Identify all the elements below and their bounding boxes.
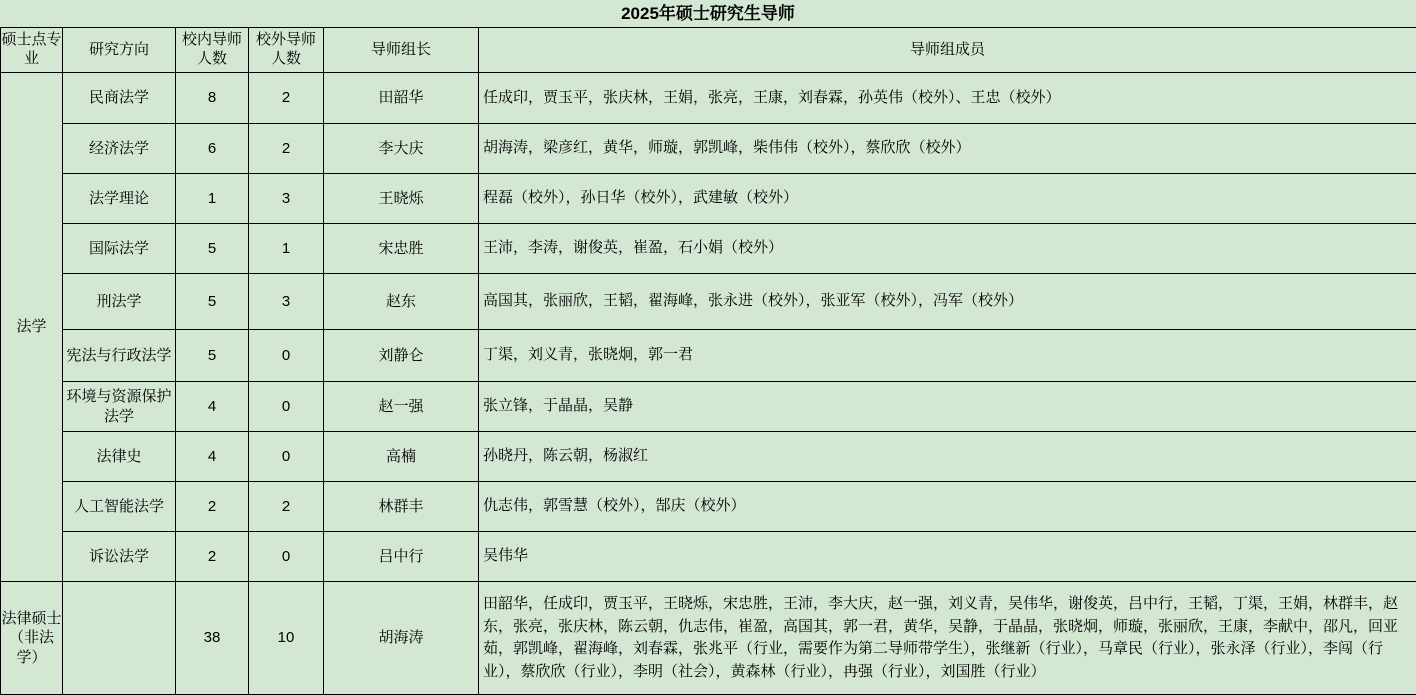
leader-cell: 赵东 bbox=[324, 274, 479, 330]
internal-count-cell: 5 bbox=[176, 224, 249, 274]
header-direction: 研究方向 bbox=[63, 28, 176, 73]
direction-cell: 诉讼法学 bbox=[63, 532, 176, 582]
table-row: 国际法学 5 1 宋忠胜 王沛，李涛，谢俊英，崔盈，石小娟（校外） bbox=[1, 224, 1416, 274]
external-count-cell: 0 bbox=[249, 330, 324, 382]
leader-cell: 宋忠胜 bbox=[324, 224, 479, 274]
members-cell: 任成印，贾玉平，张庆林，王娟，张亮，王康，刘春霖，孙英伟（校外）、王忠（校外） bbox=[479, 73, 1416, 124]
members-cell: 丁渠，刘义青，张晓炯，郭一君 bbox=[479, 330, 1416, 382]
table-row: 法律硕士（非法学） 38 10 胡海涛 田韶华，任成印，贾玉平，王晓烁，宋忠胜，… bbox=[1, 582, 1416, 695]
table-row: 诉讼法学 2 0 吕中行 吴伟华 bbox=[1, 532, 1416, 582]
table-row: 法学 民商法学 8 2 田韶华 任成印，贾玉平，张庆林，王娟，张亮，王康，刘春霖… bbox=[1, 73, 1416, 124]
external-count-cell: 0 bbox=[249, 432, 324, 482]
header-members: 导师组成员 bbox=[479, 28, 1416, 73]
header-row: 硕士点专业 研究方向 校内导师人数 校外导师人数 导师组长 导师组成员 bbox=[1, 28, 1416, 73]
members-cell: 吴伟华 bbox=[479, 532, 1416, 582]
external-count-cell: 0 bbox=[249, 532, 324, 582]
members-cell: 张立锋，于晶晶，吴静 bbox=[479, 382, 1416, 432]
table-row: 法学理论 1 3 王晓烁 程磊（校外），孙日华（校外），武建敏（校外） bbox=[1, 174, 1416, 224]
direction-cell: 法律史 bbox=[63, 432, 176, 482]
external-count-cell: 10 bbox=[249, 582, 324, 695]
internal-count-cell: 6 bbox=[176, 124, 249, 174]
external-count-cell: 3 bbox=[249, 174, 324, 224]
direction-cell: 刑法学 bbox=[63, 274, 176, 330]
direction-cell: 环境与资源保护法学 bbox=[63, 382, 176, 432]
document-page: 2025年硕士研究生导师 硕士点专业 研究方向 校内导师人数 校外导师人数 导师… bbox=[0, 0, 1416, 695]
leader-cell: 田韶华 bbox=[324, 73, 479, 124]
major-cell-jm: 法律硕士（非法学） bbox=[1, 582, 63, 695]
header-leader: 导师组长 bbox=[324, 28, 479, 73]
direction-cell: 法学理论 bbox=[63, 174, 176, 224]
members-cell: 仇志伟，郭雪慧（校外），郜庆（校外） bbox=[479, 482, 1416, 532]
members-cell: 程磊（校外），孙日华（校外），武建敏（校外） bbox=[479, 174, 1416, 224]
internal-count-cell: 8 bbox=[176, 73, 249, 124]
leader-cell: 高楠 bbox=[324, 432, 479, 482]
leader-cell: 李大庆 bbox=[324, 124, 479, 174]
external-count-cell: 2 bbox=[249, 482, 324, 532]
table-row: 宪法与行政法学 5 0 刘静仑 丁渠，刘义青，张晓炯，郭一君 bbox=[1, 330, 1416, 382]
table-row: 环境与资源保护法学 4 0 赵一强 张立锋，于晶晶，吴静 bbox=[1, 382, 1416, 432]
advisor-table: 硕士点专业 研究方向 校内导师人数 校外导师人数 导师组长 导师组成员 法学 民… bbox=[0, 27, 1416, 695]
members-cell: 孙晓丹，陈云朝，杨淑红 bbox=[479, 432, 1416, 482]
members-cell: 王沛，李涛，谢俊英，崔盈，石小娟（校外） bbox=[479, 224, 1416, 274]
table-row: 人工智能法学 2 2 林群丰 仇志伟，郭雪慧（校外），郜庆（校外） bbox=[1, 482, 1416, 532]
major-cell-law: 法学 bbox=[1, 73, 63, 582]
external-count-cell: 2 bbox=[249, 73, 324, 124]
page-title: 2025年硕士研究生导师 bbox=[0, 0, 1416, 27]
leader-cell: 刘静仑 bbox=[324, 330, 479, 382]
table-row: 法律史 4 0 高楠 孙晓丹，陈云朝，杨淑红 bbox=[1, 432, 1416, 482]
direction-cell: 民商法学 bbox=[63, 73, 176, 124]
members-cell: 田韶华，任成印，贾玉平，王晓烁，宋忠胜，王沛，李大庆，赵一强，刘义青，吴伟华，谢… bbox=[479, 582, 1416, 695]
internal-count-cell: 2 bbox=[176, 482, 249, 532]
internal-count-cell: 38 bbox=[176, 582, 249, 695]
external-count-cell: 1 bbox=[249, 224, 324, 274]
header-external-count: 校外导师人数 bbox=[249, 28, 324, 73]
internal-count-cell: 4 bbox=[176, 432, 249, 482]
leader-cell: 林群丰 bbox=[324, 482, 479, 532]
direction-cell: 宪法与行政法学 bbox=[63, 330, 176, 382]
direction-cell: 经济法学 bbox=[63, 124, 176, 174]
leader-cell: 王晓烁 bbox=[324, 174, 479, 224]
internal-count-cell: 5 bbox=[176, 330, 249, 382]
table-row: 刑法学 5 3 赵东 高国其，张丽欣，王韬，翟海峰，张永进（校外），张亚军（校外… bbox=[1, 274, 1416, 330]
direction-cell: 国际法学 bbox=[63, 224, 176, 274]
header-major: 硕士点专业 bbox=[1, 28, 63, 73]
direction-cell bbox=[63, 582, 176, 695]
external-count-cell: 3 bbox=[249, 274, 324, 330]
leader-cell: 吕中行 bbox=[324, 532, 479, 582]
direction-cell: 人工智能法学 bbox=[63, 482, 176, 532]
members-cell: 胡海涛，梁彦红，黄华，师璇，郭凯峰，柴伟伟（校外），蔡欣欣（校外） bbox=[479, 124, 1416, 174]
internal-count-cell: 4 bbox=[176, 382, 249, 432]
header-internal-count: 校内导师人数 bbox=[176, 28, 249, 73]
leader-cell: 赵一强 bbox=[324, 382, 479, 432]
external-count-cell: 0 bbox=[249, 382, 324, 432]
internal-count-cell: 2 bbox=[176, 532, 249, 582]
internal-count-cell: 5 bbox=[176, 274, 249, 330]
leader-cell: 胡海涛 bbox=[324, 582, 479, 695]
external-count-cell: 2 bbox=[249, 124, 324, 174]
internal-count-cell: 1 bbox=[176, 174, 249, 224]
members-cell: 高国其，张丽欣，王韬，翟海峰，张永进（校外），张亚军（校外），冯军（校外） bbox=[479, 274, 1416, 330]
table-row: 经济法学 6 2 李大庆 胡海涛，梁彦红，黄华，师璇，郭凯峰，柴伟伟（校外），蔡… bbox=[1, 124, 1416, 174]
